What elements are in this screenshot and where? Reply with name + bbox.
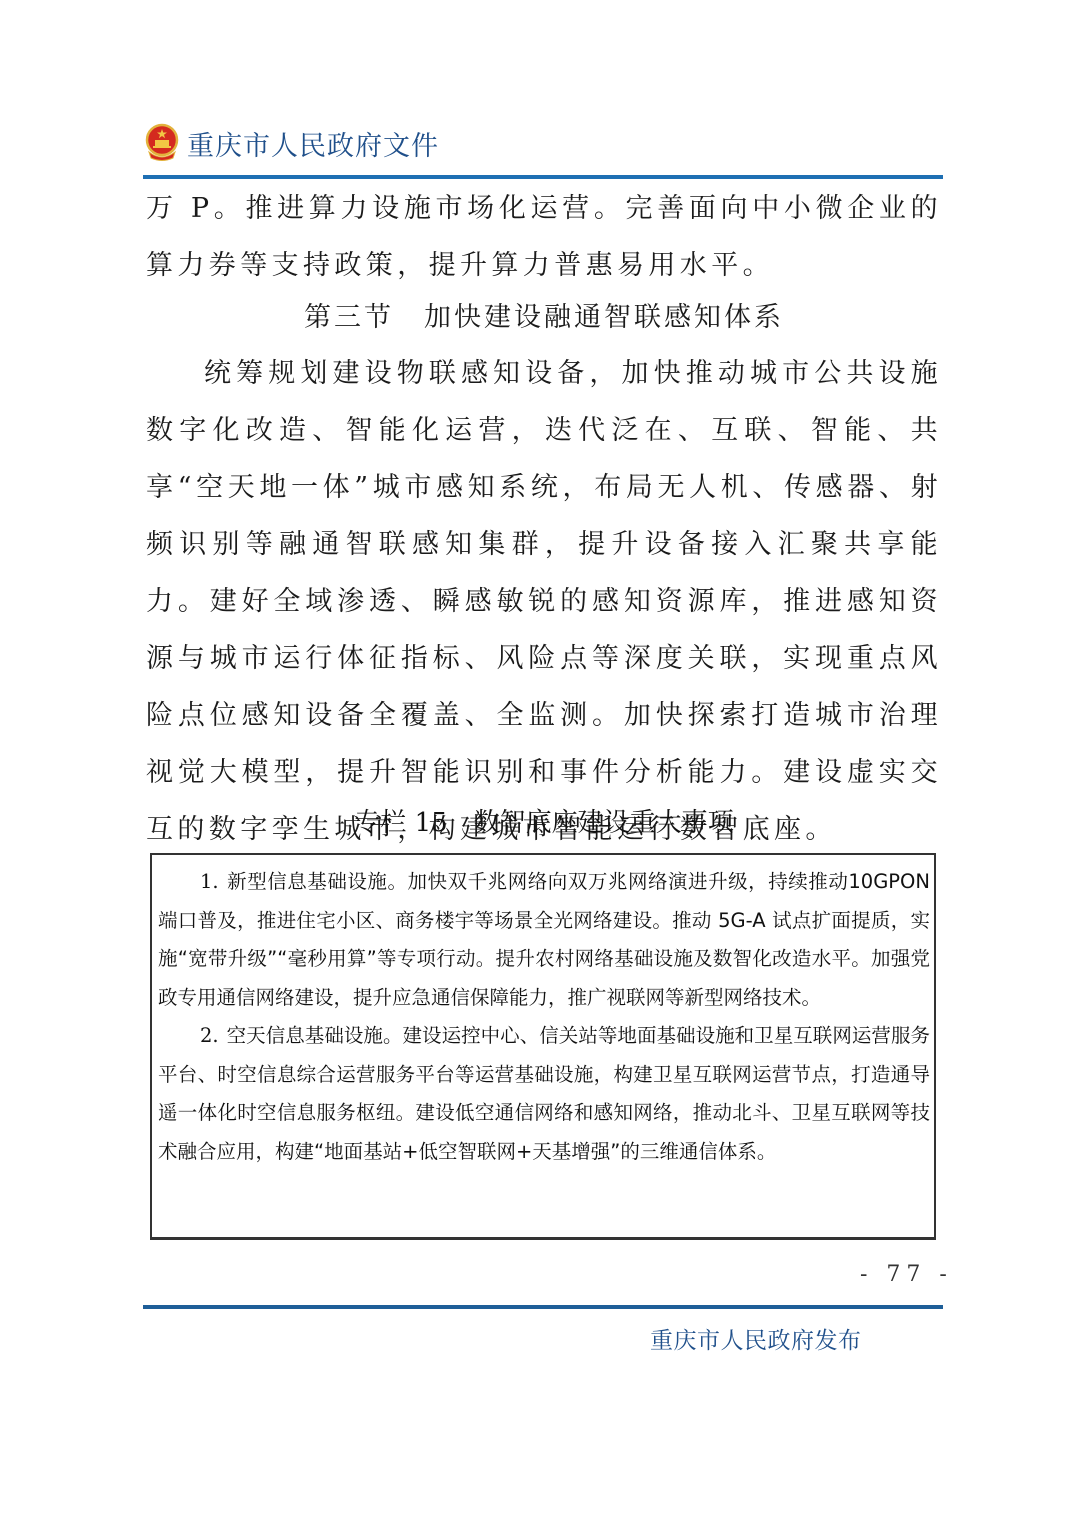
section-number: 第三节 [304, 302, 394, 333]
column-box-item: 1.新型信息基础设施。加快双千兆网络向双万兆网络演进升级，持续推动10GPON … [158, 863, 930, 1017]
section-title: 加快建设融通智联感知体系 [424, 302, 784, 333]
page-number: - 77 - [860, 1262, 953, 1287]
national-emblem-icon [143, 122, 181, 164]
paragraph-main: 统筹规划建设物联感知设备，加快推动城市公共设施数字化改造、智能化运营，迭代泛在、… [146, 345, 942, 858]
column-box-item: 2.空天信息基础设施。建设运控中心、信关站等地面基础设施和卫星互联网运营服务平台… [158, 1017, 930, 1171]
document-header: 重庆市人民政府文件 [143, 118, 439, 168]
document-header-title: 重庆市人民政府文件 [187, 124, 439, 163]
item-text: 新型信息基础设施。加快双千兆网络向双万兆网络演进升级，持续推动10GPON 端口… [158, 870, 930, 1009]
item-text: 空天信息基础设施。建设运控中心、信关站等地面基础设施和卫星互联网运营服务平台、时… [158, 1024, 930, 1163]
footer-publisher: 重庆市人民政府发布 [650, 1322, 862, 1355]
header-divider [143, 175, 943, 179]
column-box-title: 数智底座建设重大事项 [474, 808, 734, 838]
footer-divider [143, 1305, 943, 1309]
column-box-label: 专栏 15 [354, 808, 447, 838]
paragraph-continued: 万 P。推进算力设施市场化运营。完善面向中小微企业的算力券等支持政策，提升算力普… [146, 180, 942, 294]
section-heading: 第三节加快建设融通智联感知体系 [146, 293, 942, 343]
item-index: 1. [200, 870, 219, 893]
item-index: 2. [200, 1024, 219, 1047]
column-box-heading: 专栏 15数智底座建设重大事项 [146, 798, 942, 848]
column-box: 1.新型信息基础设施。加快双千兆网络向双万兆网络演进升级，持续推动10GPON … [150, 853, 936, 1240]
